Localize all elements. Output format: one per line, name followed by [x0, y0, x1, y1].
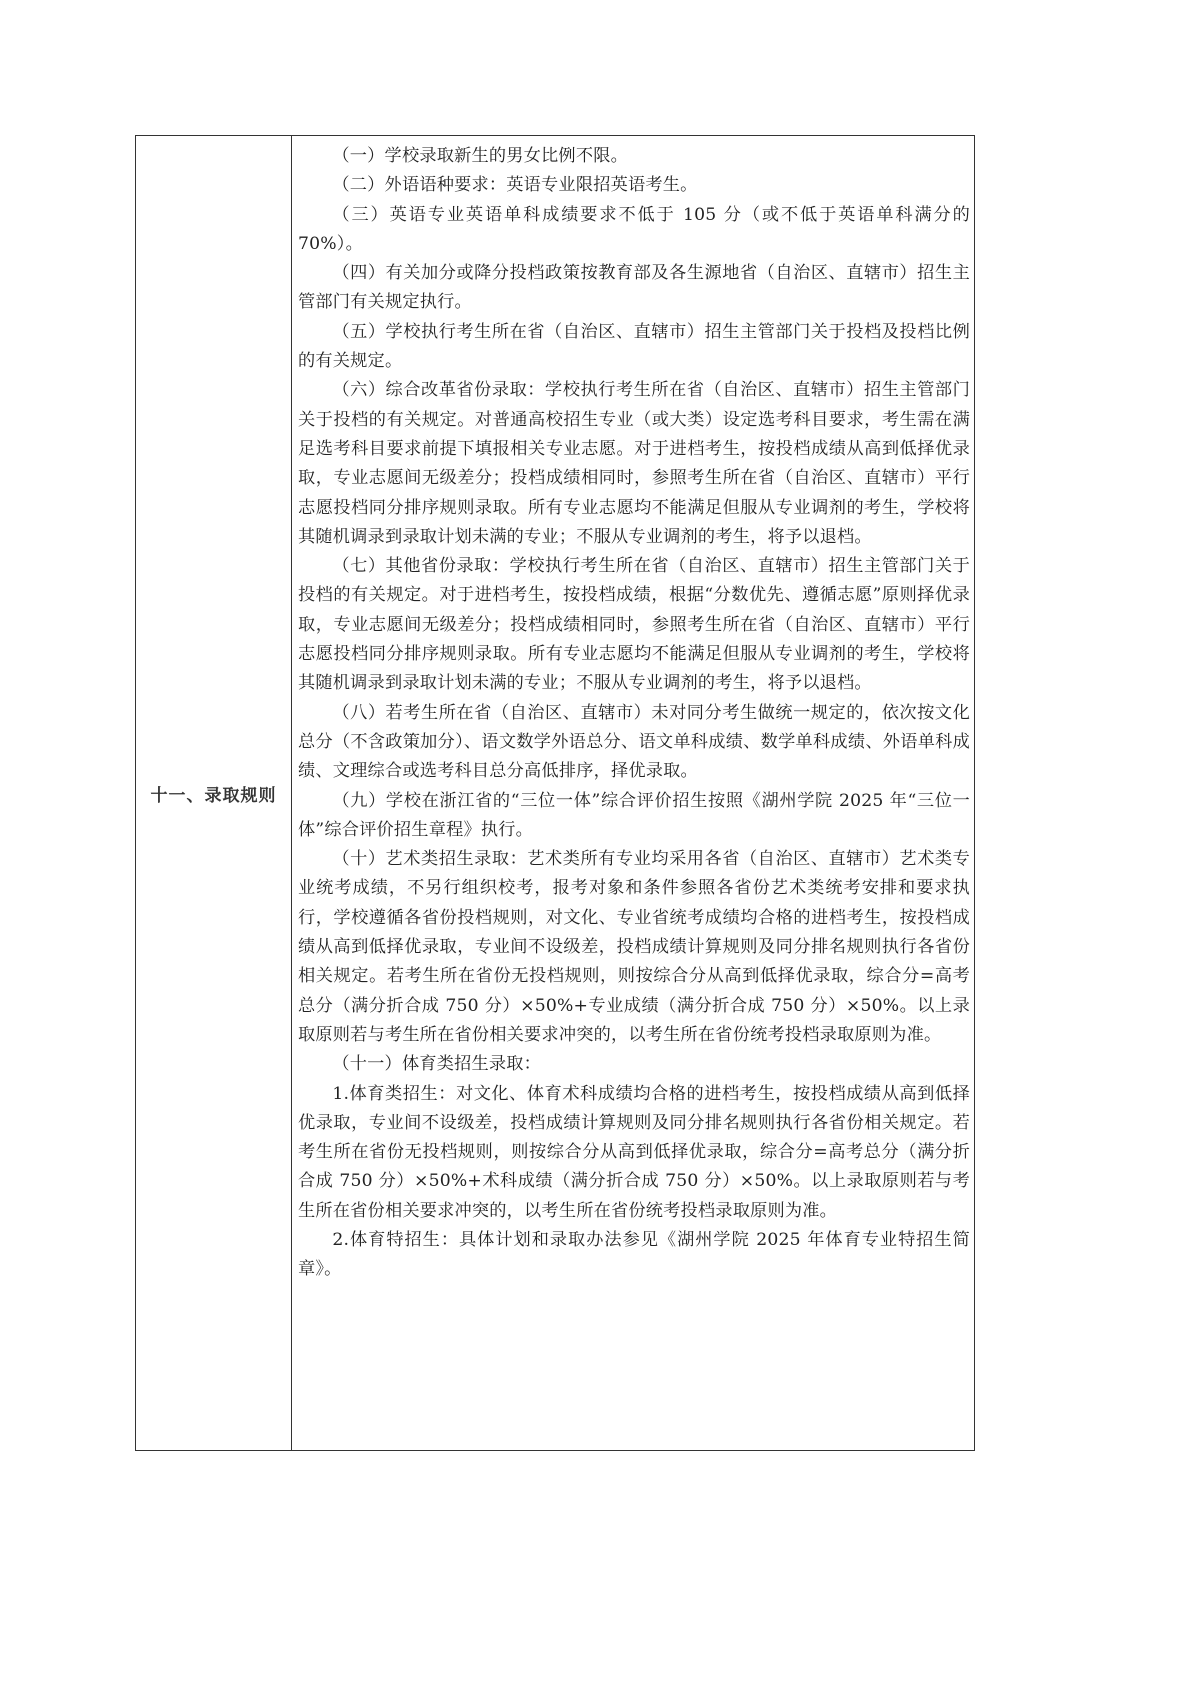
- rule-paragraph-11: （十一）体育类招生录取：: [298, 1050, 970, 1079]
- rule-paragraph-6: （六）综合改革省份录取：学校执行考生所在省（自治区、直辖市）招生主管部门关于投档…: [298, 376, 970, 552]
- rule-paragraph-11-1: 1.体育类招生：对文化、体育术科成绩均合格的进档考生，按投档成绩从高到低择优录取…: [298, 1080, 970, 1226]
- admission-rules-table: 十一、录取规则 （一）学校录取新生的男女比例不限。 （二）外语语种要求：英语专业…: [135, 135, 975, 1451]
- rule-paragraph-2: （二）外语语种要求：英语专业限招英语考生。: [298, 171, 970, 200]
- rule-paragraph-7: （七）其他省份录取：学校执行考生所在省（自治区、直辖市）招生主管部门关于投档的有…: [298, 552, 970, 698]
- section-label-cell: 十一、录取规则: [136, 136, 292, 1450]
- rule-paragraph-3: （三）英语专业英语单科成绩要求不低于 105 分（或不低于英语单科满分的 70%…: [298, 201, 970, 260]
- rule-paragraph-10: （十）艺术类招生录取：艺术类所有专业均采用各省（自治区、直辖市）艺术类专业统考成…: [298, 845, 970, 1050]
- rule-paragraph-9: （九）学校在浙江省的“三位一体”综合评价招生按照《湖州学院 2025 年“三位一…: [298, 787, 970, 846]
- section-label: 十一、录取规则: [151, 781, 277, 806]
- rule-paragraph-11-2: 2.体育特招生：具体计划和录取办法参见《湖州学院 2025 年体育专业特招生简章…: [298, 1226, 970, 1285]
- rule-paragraph-5: （五）学校执行考生所在省（自治区、直辖市）招生主管部门关于投档及投档比例的有关规…: [298, 318, 970, 377]
- rule-paragraph-8: （八）若考生所在省（自治区、直辖市）未对同分考生做统一规定的，依次按文化总分（不…: [298, 699, 970, 787]
- section-content-cell: （一）学校录取新生的男女比例不限。 （二）外语语种要求：英语专业限招英语考生。 …: [292, 136, 974, 1450]
- rule-paragraph-1: （一）学校录取新生的男女比例不限。: [298, 142, 970, 171]
- rule-paragraph-4: （四）有关加分或降分投档政策按教育部及各生源地省（自治区、直辖市）招生主管部门有…: [298, 259, 970, 318]
